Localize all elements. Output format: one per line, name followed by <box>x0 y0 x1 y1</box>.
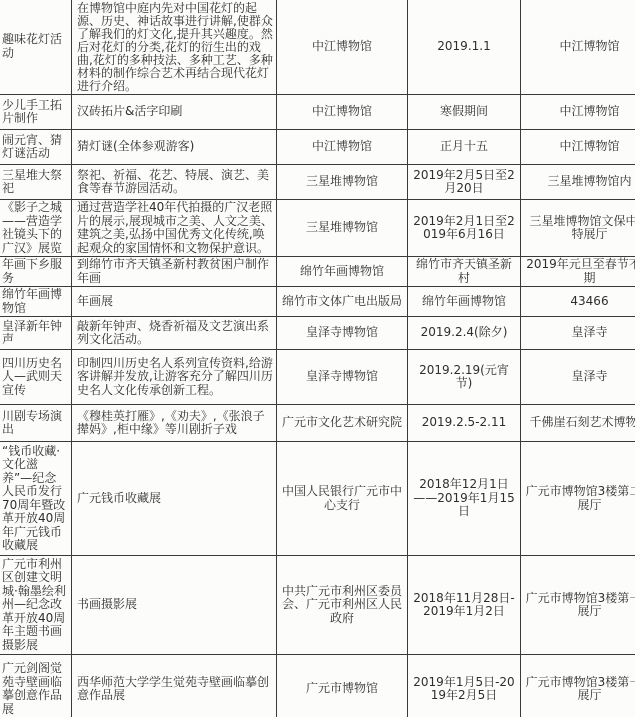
cell-organizer: 中国人民银行广元市中心支行 <box>277 442 408 556</box>
cell-date: 2019年1月5日-2019年2月5日 <box>408 655 521 717</box>
cell-venue: 广元市博物馆3楼第二临展厅 <box>521 442 635 556</box>
cell-activity-name: 川剧专场演出 <box>0 405 72 442</box>
cell-venue: 中江博物馆 <box>521 130 635 165</box>
cell-organizer: 皇泽寺博物馆 <box>277 317 408 350</box>
cell-description: 广元钱币收藏展 <box>72 442 277 556</box>
cell-organizer: 绵竹市文体广电出版局 <box>277 287 408 317</box>
document-page: 趣味花灯活动在博物馆中庭内先对中国花灯的起源、历史、神话故事进行讲解,使群众了解… <box>0 0 635 717</box>
cell-activity-name: 趣味花灯活动 <box>0 0 72 95</box>
cell-venue: 中江博物馆 <box>521 95 635 130</box>
table-row: 趣味花灯活动在博物馆中庭内先对中国花灯的起源、历史、神话故事进行讲解,使群众了解… <box>0 0 635 95</box>
cell-organizer: 绵竹年画博物馆 <box>277 257 408 287</box>
cell-activity-name: 闹元宵、猜灯谜活动 <box>0 130 72 165</box>
cell-activity-name: 少儿手工拓片制作 <box>0 95 72 130</box>
cell-date: 2019年2月1日至2019年6月16日 <box>408 200 521 257</box>
cell-description: 猜灯谜(全体参观游客) <box>72 130 277 165</box>
cell-activity-name: 绵竹年画博物馆 <box>0 287 72 317</box>
cell-organizer: 广元市博物馆 <box>277 655 408 717</box>
cell-date: 2019.2.19(元宵节) <box>408 350 521 405</box>
cell-activity-name: 四川历史名人—武则天宣传 <box>0 350 72 405</box>
cell-venue: 皇泽寺 <box>521 317 635 350</box>
cell-date: 绵竹市齐天镇圣新村 <box>408 257 521 287</box>
cell-organizer: 广元市文化艺术研究院 <box>277 405 408 442</box>
table-row: 年画下乡服务到绵竹市齐天镇圣新村教贫困户制作年画绵竹年画博物馆绵竹市齐天镇圣新村… <box>0 257 635 287</box>
activity-table: 趣味花灯活动在博物馆中庭内先对中国花灯的起源、历史、神话故事进行讲解,使群众了解… <box>0 0 635 717</box>
cell-date: 2018年12月1日——2019年1月15日 <box>408 442 521 556</box>
cell-description: 书画摄影展 <box>72 556 277 655</box>
table-row: 广元剑阁觉苑寺壁画临摹创意作品展西华师范大学学生觉苑寺壁画临摹创意作品展广元市博… <box>0 655 635 717</box>
cell-organizer: 中江博物馆 <box>277 0 408 95</box>
table-row: 皇泽新年钟声敲新年钟声、烧香祈福及文艺演出系列文化活动。皇泽寺博物馆2019.2… <box>0 317 635 350</box>
cell-venue: 43466 <box>521 287 635 317</box>
cell-organizer: 中共广元市利州区委员会、广元市利州区人民政府 <box>277 556 408 655</box>
cell-activity-name: 皇泽新年钟声 <box>0 317 72 350</box>
cell-date: 寒假期间 <box>408 95 521 130</box>
cell-activity-name: 广元市利州区创建文明城·翰墨绘利州—纪念改革开放40周年主题书画摄影展 <box>0 556 72 655</box>
cell-venue: 中江博物馆 <box>521 0 635 95</box>
table-row: 少儿手工拓片制作汉砖拓片&活字印刷中江博物馆寒假期间中江博物馆 <box>0 95 635 130</box>
cell-date: 绵竹年画博物馆 <box>408 287 521 317</box>
table-row: 《影子之城——营造学社镜头下的广汉》展览通过营造学社40年代拍摄的广汉老照片的展… <box>0 200 635 257</box>
cell-venue: 2019年元旦至春节不定期 <box>521 257 635 287</box>
cell-description: 祭祀、祈福、花艺、特展、演艺、美食等春节游园活动。 <box>72 165 277 200</box>
cell-description: 通过营造学社40年代拍摄的广汉老照片的展示,展现城市之美、人文之美、建筑之美,弘… <box>72 200 277 257</box>
table-row: 广元市利州区创建文明城·翰墨绘利州—纪念改革开放40周年主题书画摄影展书画摄影展… <box>0 556 635 655</box>
cell-activity-name: 《影子之城——营造学社镜头下的广汉》展览 <box>0 200 72 257</box>
cell-description: 汉砖拓片&活字印刷 <box>72 95 277 130</box>
cell-organizer: 中江博物馆 <box>277 95 408 130</box>
cell-venue: 皇泽寺 <box>521 350 635 405</box>
table-row: 闹元宵、猜灯谜活动猜灯谜(全体参观游客)中江博物馆正月十五中江博物馆 <box>0 130 635 165</box>
cell-description: 到绵竹市齐天镇圣新村教贫困户制作年画 <box>72 257 277 287</box>
cell-description: 敲新年钟声、烧香祈福及文艺演出系列文化活动。 <box>72 317 277 350</box>
cell-description: 西华师范大学学生觉苑寺壁画临摹创意作品展 <box>72 655 277 717</box>
cell-description: 《穆桂英打雁》,《劝夫》,《张浪子撵妈》,柜中缘》等川剧折子戏 <box>72 405 277 442</box>
cell-venue: 千佛崖石刻艺术博物馆 <box>521 405 635 442</box>
cell-date: 正月十五 <box>408 130 521 165</box>
cell-activity-name: 三星堆大祭祀 <box>0 165 72 200</box>
table-row: 四川历史名人—武则天宣传印制四川历史名人系列宣传资料,给游客讲解并发放,让游客充… <box>0 350 635 405</box>
cell-activity-name: 广元剑阁觉苑寺壁画临摹创意作品展 <box>0 655 72 717</box>
cell-description: 年画展 <box>72 287 277 317</box>
table-row: 川剧专场演出《穆桂英打雁》,《劝夫》,《张浪子撵妈》,柜中缘》等川剧折子戏广元市… <box>0 405 635 442</box>
cell-venue: 三星堆博物馆内 <box>521 165 635 200</box>
cell-venue: 广元市博物馆3楼第一临展厅 <box>521 655 635 717</box>
cell-organizer: 皇泽寺博物馆 <box>277 350 408 405</box>
cell-organizer: 三星堆博物馆 <box>277 200 408 257</box>
cell-description: 在博物馆中庭内先对中国花灯的起源、历史、神话故事进行讲解,使群众了解我们的灯文化… <box>72 0 277 95</box>
cell-date: 2018年11月28日-2019年1月2日 <box>408 556 521 655</box>
cell-date: 2019年2月5日至2月20日 <box>408 165 521 200</box>
cell-description: 印制四川历史名人系列宣传资料,给游客讲解并发放,让游客充分了解四川历史名人文化传… <box>72 350 277 405</box>
cell-date: 2019.1.1 <box>408 0 521 95</box>
activity-table-body: 趣味花灯活动在博物馆中庭内先对中国花灯的起源、历史、神话故事进行讲解,使群众了解… <box>0 0 635 717</box>
table-row: “钱币收藏·文化滋养”—纪念人民币发行70周年暨改革开放40周年广元钱币收藏展广… <box>0 442 635 556</box>
cell-organizer: 中江博物馆 <box>277 130 408 165</box>
cell-venue: 三星堆博物馆文保中心特展厅 <box>521 200 635 257</box>
table-row: 三星堆大祭祀祭祀、祈福、花艺、特展、演艺、美食等春节游园活动。三星堆博物馆201… <box>0 165 635 200</box>
cell-date: 2019.2.4(除夕) <box>408 317 521 350</box>
cell-organizer: 三星堆博物馆 <box>277 165 408 200</box>
cell-venue: 广元市博物馆3楼第一临展厅 <box>521 556 635 655</box>
cell-date: 2019.2.5-2.11 <box>408 405 521 442</box>
table-row: 绵竹年画博物馆年画展绵竹市文体广电出版局绵竹年画博物馆43466 <box>0 287 635 317</box>
cell-activity-name: “钱币收藏·文化滋养”—纪念人民币发行70周年暨改革开放40周年广元钱币收藏展 <box>0 442 72 556</box>
cell-activity-name: 年画下乡服务 <box>0 257 72 287</box>
